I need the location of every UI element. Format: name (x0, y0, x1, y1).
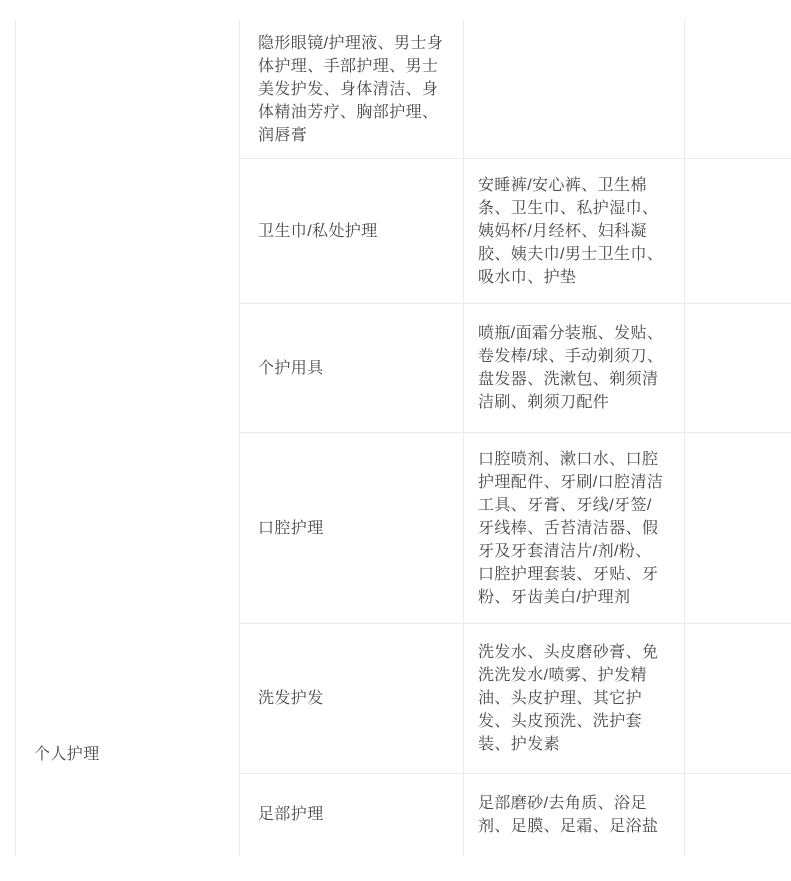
page: 个人护理 隐形眼镜/护理液、男士身 体护理、手部护理、男士 美发护发、身体清洁、… (0, 0, 791, 881)
table-row: 足部护理 足部磨砂/去角质、浴足 剂、足膜、足霜、足浴盐 (240, 774, 791, 855)
cell-second-level-category: 个护用具 (240, 304, 464, 432)
cell-third-level-list: 口腔喷剂、漱口水、口腔 护理配件、牙刷/口腔清洁 工具、牙膏、牙线/牙签/ 牙线… (464, 433, 685, 623)
cell-third-level-list: 喷瓶/面霜分装瓶、发贴、 卷发棒/球、手动剃须刀、 盘发器、洗漱包、剃须清 洁刷… (464, 304, 685, 432)
table-row: 隐形眼镜/护理液、男士身 体护理、手部护理、男士 美发护发、身体清洁、身 体精油… (240, 20, 791, 159)
table-row: 口腔护理 口腔喷剂、漱口水、口腔 护理配件、牙刷/口腔清洁 工具、牙膏、牙线/牙… (240, 433, 791, 624)
cell-category-list-continued: 隐形眼镜/护理液、男士身 体护理、手部护理、男士 美发护发、身体清洁、身 体精油… (240, 20, 464, 158)
cell-third-level-list: 安睡裤/安心裤、卫生棉 条、卫生巾、私护湿巾、 姨妈杯/月经杯、妇科凝 胶、姨夫… (464, 159, 685, 303)
cell-extra-empty (685, 159, 791, 303)
cell-extra-empty (685, 433, 791, 623)
first-level-category-cell: 个人护理 (16, 20, 240, 855)
table-rows: 隐形眼镜/护理液、男士身 体护理、手部护理、男士 美发护发、身体清洁、身 体精油… (240, 20, 791, 855)
cell-third-level-list: 洗发水、头皮磨砂膏、免 洗洗发水/喷雾、护发精 油、头皮护理、其它护 发、头皮预… (464, 624, 685, 773)
cell-extra-empty (685, 20, 791, 158)
cell-second-level-category: 洗发护发 (240, 624, 464, 773)
table-row: 卫生巾/私处护理 安睡裤/安心裤、卫生棉 条、卫生巾、私护湿巾、 姨妈杯/月经杯… (240, 159, 791, 304)
cell-third-level-list (464, 20, 685, 158)
cell-second-level-category: 足部护理 (240, 774, 464, 855)
cell-second-level-category: 卫生巾/私处护理 (240, 159, 464, 303)
first-level-category-label: 个人护理 (34, 743, 100, 766)
cell-extra-empty (685, 304, 791, 432)
table-row: 洗发护发 洗发水、头皮磨砂膏、免 洗洗发水/喷雾、护发精 油、头皮护理、其它护 … (240, 624, 791, 774)
cell-extra-empty (685, 774, 791, 855)
category-table: 个人护理 隐形眼镜/护理液、男士身 体护理、手部护理、男士 美发护发、身体清洁、… (15, 20, 791, 855)
cell-extra-empty (685, 624, 791, 773)
table-row: 个护用具 喷瓶/面霜分装瓶、发贴、 卷发棒/球、手动剃须刀、 盘发器、洗漱包、剃… (240, 304, 791, 433)
cell-second-level-category: 口腔护理 (240, 433, 464, 623)
cell-third-level-list: 足部磨砂/去角质、浴足 剂、足膜、足霜、足浴盐 (464, 774, 685, 855)
